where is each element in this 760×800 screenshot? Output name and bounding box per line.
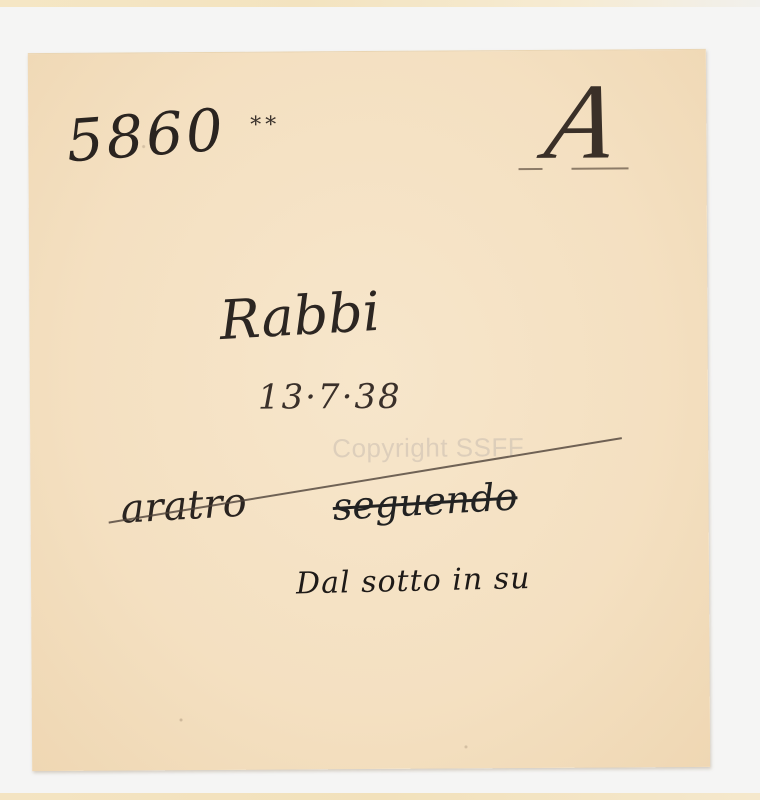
place-name: Rabbi [218,280,382,352]
catalog-number: 5860 [64,95,228,175]
subject-word: aratro [119,479,248,532]
series-letter-underline [519,167,629,170]
catalog-asterisks: ** [250,113,280,138]
bottom-edge-strip [0,793,760,800]
mount-paper: 5860 ** A Rabbi 13·7·38 Copyright SSFF a… [0,7,760,793]
note-text: Dal sotto in su [296,561,531,602]
series-letter: A [538,60,625,185]
top-edge-strip [0,0,760,7]
date: 13·7·38 [258,377,402,418]
struck-out-word: seguendo [331,474,518,529]
archival-card: 5860 ** A Rabbi 13·7·38 Copyright SSFF a… [28,49,710,771]
